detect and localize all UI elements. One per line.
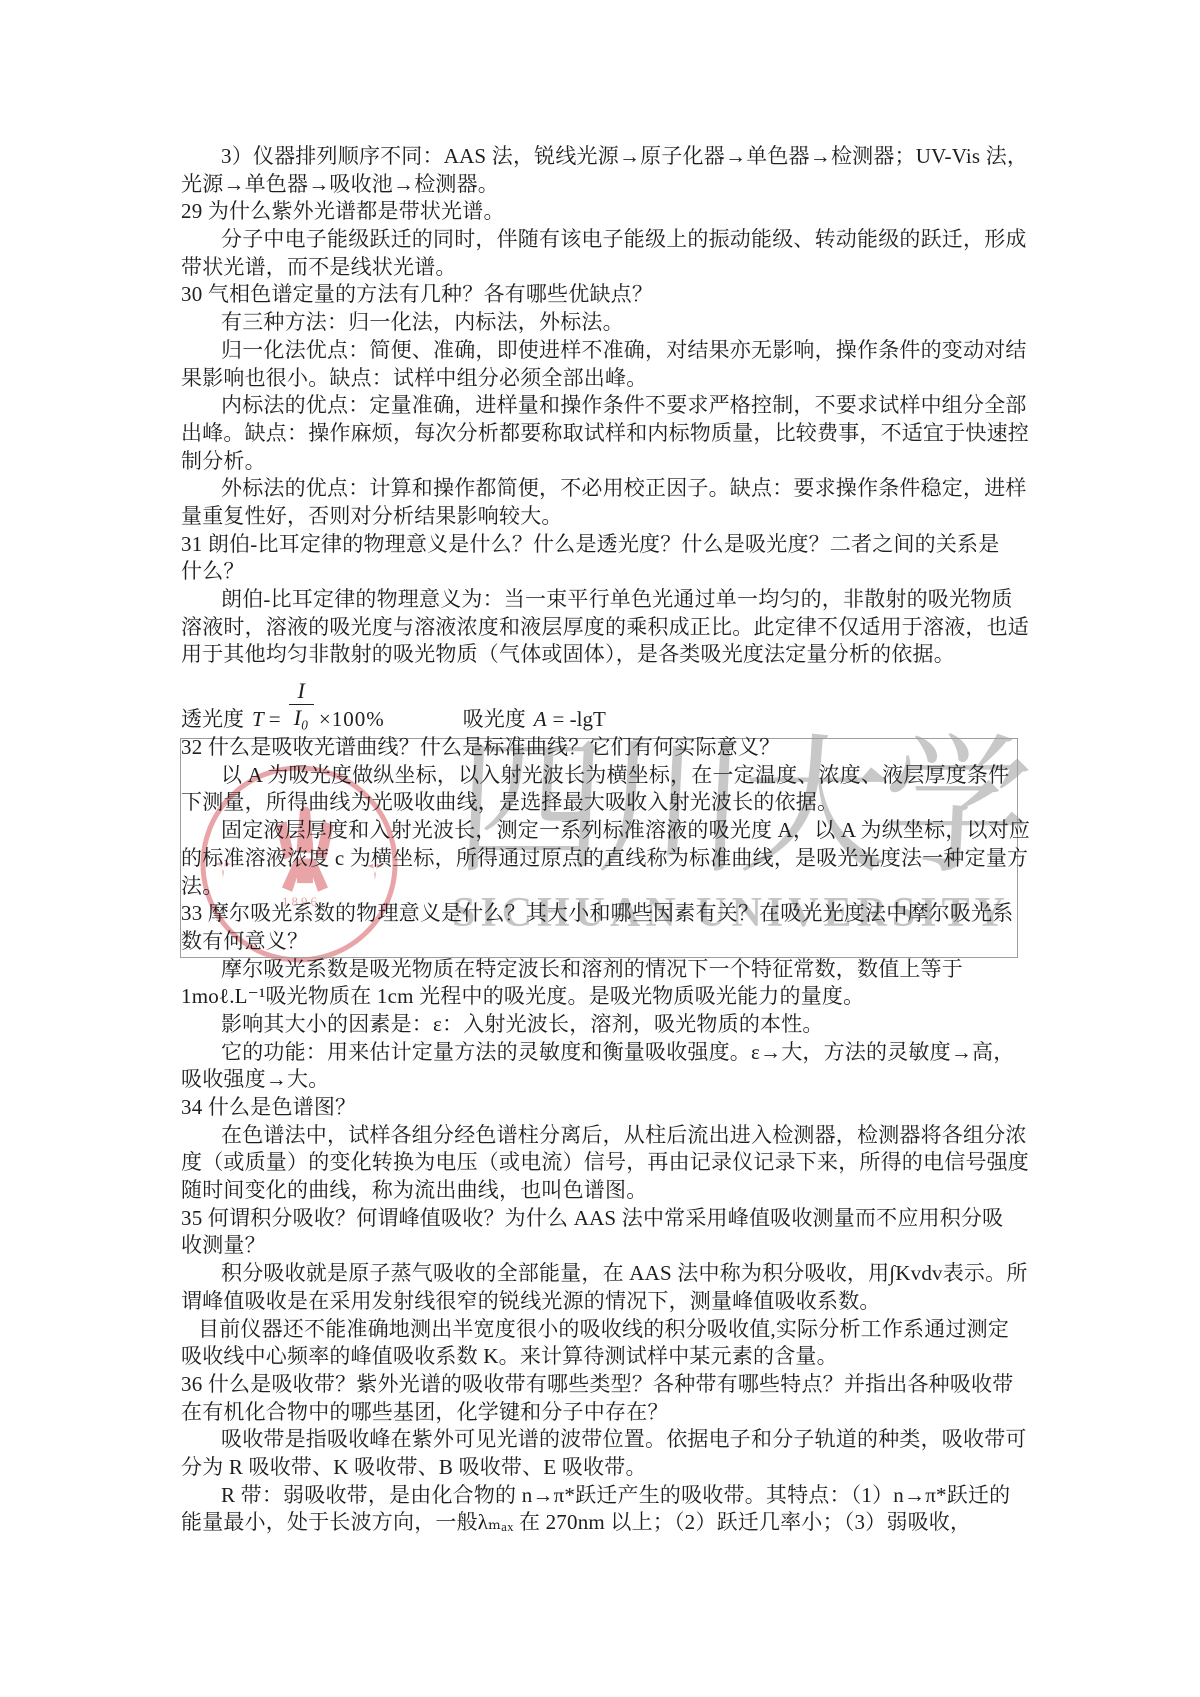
transmittance-absorbance-formula: 透光度 T = I I₀ ×100% 吸光度 A = -lgT: [181, 669, 1200, 734]
text-line: 什么？: [181, 558, 1200, 586]
paragraph-block-after-formula: 32 什么是吸收光谱曲线？什么是标准曲线？它们有何实际意义？以 A 为吸光度做纵…: [181, 734, 1200, 1537]
text-line: 影响其大小的因素是：ε：入射光波长，溶剂，吸光物质的本性。: [181, 1011, 1200, 1039]
text-line: 下测量，所得曲线为光吸收曲线，是选择最大吸收入射光波长的依据。: [181, 789, 1200, 817]
transmittance-variable: T: [252, 706, 264, 734]
fraction-numerator: I: [289, 679, 314, 706]
text-line: 31 朗伯-比耳定律的物理意义是什么？什么是透光度？什么是吸光度？二者之间的关系…: [181, 531, 1200, 559]
absorbance-variable: A: [534, 706, 547, 734]
text-line: 朗伯-比耳定律的物理意义为：当一束平行单色光通过单一均匀的，非散射的吸光物质: [181, 586, 1200, 614]
text-line: 在色谱法中，试样各组分经色谱柱分离后，从柱后流出进入检测器，检测器将各组分浓: [181, 1122, 1200, 1150]
text-line: 归一化法优点：简便、准确，即使进样不准确，对结果亦无影响，操作条件的变动对结: [181, 337, 1200, 365]
text-line: 光源→单色器→吸收池→检测器。: [181, 171, 1200, 199]
text-line: 35 何谓积分吸收？何谓峰值吸收？为什么 AAS 法中常采用峰值吸收测量而不应用…: [181, 1205, 1200, 1233]
text-line: 吸收强度→大。: [181, 1066, 1200, 1094]
transmittance-label: 透光度: [181, 706, 244, 734]
text-line: 法。: [181, 873, 1200, 901]
text-line: 30 气相色谱定量的方法有几种？各有哪些优缺点？: [181, 281, 1200, 309]
text-line: 目前仪器还不能准确地测出半宽度很小的吸收线的积分吸收值,实际分析工作系通过测定: [181, 1316, 1200, 1344]
text-line: 随时间变化的曲线，称为流出曲线，也叫色谱图。: [181, 1177, 1200, 1205]
text-line: 带状光谱，而不是线状光谱。: [181, 254, 1200, 282]
text-line: 29 为什么紫外光谱都是带状光谱。: [181, 198, 1200, 226]
fraction-denominator: I₀: [294, 705, 309, 731]
text-line: 收测量？: [181, 1232, 1200, 1260]
intensity-fraction: I I₀: [289, 679, 314, 731]
text-line: 33 摩尔吸光系数的物理意义是什么？其大小和哪些因素有关？在吸光光度法中摩尔吸光…: [181, 900, 1200, 928]
times-100-percent: ×100%: [319, 706, 385, 734]
absorbance-label: 吸光度: [463, 706, 526, 734]
text-line: 分子中电子能级跃迁的同时，伴随有该电子能级上的振动能级、转动能级的跃迁，形成: [181, 226, 1200, 254]
text-line: 的标准溶液浓度 c 为横坐标，所得通过原点的直线称为标准曲线，是吸光光度法一种定…: [181, 845, 1200, 873]
text-line: 果影响也很小。缺点：试样中组分必须全部出峰。: [181, 365, 1200, 393]
text-line: 吸收带是指吸收峰在紫外可见光谱的波带位置。依据电子和分子轨道的种类，吸收带可: [181, 1426, 1200, 1454]
text-line: 3）仪器排列顺序不同：AAS 法，锐线光源→原子化器→单色器→检测器；UV-Vi…: [181, 143, 1200, 171]
text-line: 积分吸收就是原子蒸气吸收的全部能量，在 AAS 法中称为积分吸收，用∫Kvdv表…: [181, 1260, 1200, 1288]
text-line: 有三种方法：归一化法，内标法，外标法。: [181, 309, 1200, 337]
text-line: 在有机化合物中的哪些基团，化学键和分子中存在？: [181, 1399, 1200, 1427]
text-line: 它的功能：用来估计定量方法的灵敏度和衡量吸收强度。ε→大，方法的灵敏度→高，: [181, 1039, 1200, 1067]
text-line: 32 什么是吸收光谱曲线？什么是标准曲线？它们有何实际意义？: [181, 734, 1200, 762]
text-line: 量重复性好，否则对分析结果影响较大。: [181, 503, 1200, 531]
text-line: 固定液层厚度和入射光波长，测定一系列标准溶液的吸光度 A，以 A 为纵坐标，以对…: [181, 817, 1200, 845]
text-line: 以 A 为吸光度做纵坐标，以入射光波长为横坐标，在一定温度、浓度、液层厚度条件: [181, 762, 1200, 790]
paragraph-block-before-formula: 3）仪器排列顺序不同：AAS 法，锐线光源→原子化器→单色器→检测器；UV-Vi…: [181, 143, 1200, 669]
text-line: 36 什么是吸收带？紫外光谱的吸收带有哪些类型？各种带有哪些特点？并指出各种吸收…: [181, 1371, 1200, 1399]
text-line: 制分析。: [181, 448, 1200, 476]
text-line: 出峰。缺点：操作麻烦，每次分析都要称取试样和内标物质量，比较费事，不适宜于快速控: [181, 420, 1200, 448]
text-line: 溶液时，溶液的吸光度与溶液浓度和液层厚度的乘积成正比。此定律不仅适用于溶液，也适: [181, 614, 1200, 642]
text-line: 数有何意义？: [181, 928, 1200, 956]
text-line: 分为 R 吸收带、K 吸收带、B 吸收带、E 吸收带。: [181, 1454, 1200, 1482]
text-line: 用于其他均匀非散射的吸光物质（气体或固体），是各类吸光度法定量分析的依据。: [181, 641, 1200, 669]
text-line: 34 什么是色谱图？: [181, 1094, 1200, 1122]
absorbance-expression: = -lgT: [553, 706, 606, 734]
document-body: 3）仪器排列顺序不同：AAS 法，锐线光源→原子化器→单色器→检测器；UV-Vi…: [0, 0, 1200, 1537]
text-line: 度（或质量）的变化转换为电压（或电流）信号，再由记录仪记录下来，所得的电信号强度: [181, 1149, 1200, 1177]
text-line: 吸收线中心频率的峰值吸收系数 K。来计算待测试样中某元素的含量。: [181, 1343, 1200, 1371]
text-line: R 带：弱吸收带，是由化合物的 n→π*跃迁产生的吸收带。其特点：（1）n→π*…: [181, 1482, 1200, 1510]
text-line: 外标法的优点：计算和操作都简便，不必用校正因子。缺点：要求操作条件稳定，进样: [181, 475, 1200, 503]
text-line: 能量最小，处于长波方向，一般λₘₐₓ 在 270nm 以上；（2）跃迁几率小；（…: [181, 1509, 1200, 1537]
text-line: 内标法的优点：定量准确，进样量和操作条件不要求严格控制，不要求试样中组分全部: [181, 392, 1200, 420]
text-line: 谓峰值吸收是在采用发射线很窄的锐线光源的情况下，测量峰值吸收系数。: [181, 1288, 1200, 1316]
text-line: 摩尔吸光系数是吸光物质在特定波长和溶剂的情况下一个特征常数，数值上等于: [181, 956, 1200, 984]
equals-sign: =: [269, 706, 281, 734]
text-line: 1moℓ.L⁻¹吸光物质在 1cm 光程中的吸光度。是吸光物质吸光能力的量度。: [181, 983, 1200, 1011]
